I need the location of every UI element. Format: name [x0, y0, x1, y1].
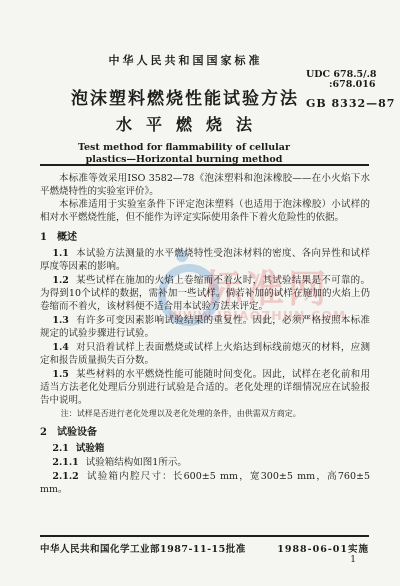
udc-code-line2: :678.016	[306, 80, 396, 90]
header-divider	[40, 164, 369, 166]
section-2-number: 2	[40, 427, 47, 438]
clause-text: 本试验方法测量的水平燃烧特性受泡沫材料的密度、各向异性和试样厚度等因素的影响。	[40, 248, 370, 272]
document-title-cn: 泡沫塑料燃烧性能试验方法	[40, 84, 328, 109]
clause-1-3: 1.3有许多可变因素影响试验结果的重复性。因此，必须严格按照本标准规定的试验步骤…	[40, 314, 370, 340]
clause-text: 某些材料的水平燃烧性能可能随时间变化。因此，试样在老化前和用适当方法老化处理后分…	[40, 369, 370, 406]
clause-number: 1.1	[52, 248, 69, 259]
document-body: 本标准等效采用ISO 3582—78《泡沫塑料和泡沫橡胶——在小火焰下水平燃烧特…	[40, 172, 370, 496]
section-2-title: 试验设备	[57, 427, 97, 438]
intro-paragraph: 本标准等效采用ISO 3582—78《泡沫塑料和泡沫橡胶——在小火焰下水平燃烧特…	[40, 172, 370, 198]
footer-divider	[40, 535, 369, 537]
clause-1-1: 1.1本试验方法测量的水平燃烧特性受泡沫材料的密度、各向异性和试样厚度等因素的影…	[40, 247, 370, 273]
clause-number: 2.1	[52, 443, 69, 454]
clause-2-1-heading: 2.1试验箱	[40, 442, 370, 455]
national-standard-label: 中华人民共和国国家标准	[40, 52, 328, 68]
clause-text: 试验箱结构如图1所示。	[86, 457, 187, 468]
section-1-number: 1	[40, 232, 47, 243]
clause-2-1-2: 2.1.2试验箱内腔尺寸：长600±5 mm，宽300±5 mm，高760±5 …	[40, 470, 370, 496]
clause-2-1-1: 2.1.1试验箱结构如图1所示。	[40, 456, 370, 469]
header: 中华人民共和国国家标准 泡沫塑料燃烧性能试验方法 水平燃烧法 Test meth…	[40, 52, 328, 165]
clause-number: 1.4	[52, 342, 69, 353]
clause-text: 对只沿着试样上表面燃烧或试样上火焰达到标线前熄灭的材料，应测定和报告质量损失百分…	[40, 342, 370, 366]
clause-1-2: 1.2某些试样在施加的火焰上卷缩而不着火时，其试验结果是不可靠的。为得到10个试…	[40, 274, 370, 313]
scanned-standard-page: 标准网 WWW.IBIAOZHUN.COM 中华人民共和国国家标准 泡沫塑料燃烧…	[0, 0, 400, 586]
clause-1-5: 1.5某些材料的水平燃烧性能可能随时间变化。因此，试样在老化前和用适当方法老化处…	[40, 368, 370, 407]
clause-number: 1.2	[52, 275, 69, 286]
section-1-heading: 1概述	[40, 231, 370, 244]
section-1-title: 概述	[57, 232, 77, 243]
clause-number: 2.1.2	[52, 471, 78, 482]
document-title-en: Test method for flammability of cellular…	[40, 142, 328, 165]
section-2-heading: 2试验设备	[40, 426, 370, 439]
document-subtitle-cn: 水平燃烧法	[40, 112, 328, 135]
page-number: 1	[350, 555, 356, 565]
classification-block: UDC 678.5/.8 :678.016 GB 8332—87	[306, 70, 396, 109]
approval-authority: 中华人民共和国化学工业部1987-11-15批准	[40, 541, 246, 555]
clause-text: 某些试样在施加的火焰上卷缩而不着火时，其试验结果是不可靠的。为得到10个试样的数…	[40, 275, 370, 312]
standard-number: GB 8332—87	[306, 99, 396, 109]
clause-1-5-note: 注：试样是否进行老化处理以及老化处理的条件，由供需双方商定。	[40, 408, 370, 419]
clause-number: 1.5	[52, 369, 69, 380]
intro-paragraph: 本标准适用于实验室条件下评定泡沫塑料（也适用于泡沫橡胶）小试样的相对水平燃烧性能…	[40, 198, 370, 224]
title-en-line1: Test method for flammability of cellular	[40, 142, 328, 154]
clause-text: 有许多可变因素影响试验结果的重复性。因此，必须严格按照本标准规定的试验步骤进行试…	[40, 315, 370, 339]
clause-text: 试验箱内腔尺寸：长600±5 mm，宽300±5 mm，高760±5 mm。	[40, 471, 370, 495]
clause-1-4: 1.4对只沿着试样上表面燃烧或试样上火焰达到标线前熄灭的材料，应测定和报告质量损…	[40, 341, 370, 367]
implementation-date: 1988-06-01实施	[277, 541, 369, 555]
clause-number: 1.3	[52, 315, 69, 326]
clause-title: 试验箱	[76, 443, 105, 454]
clause-number: 2.1.1	[52, 457, 78, 468]
